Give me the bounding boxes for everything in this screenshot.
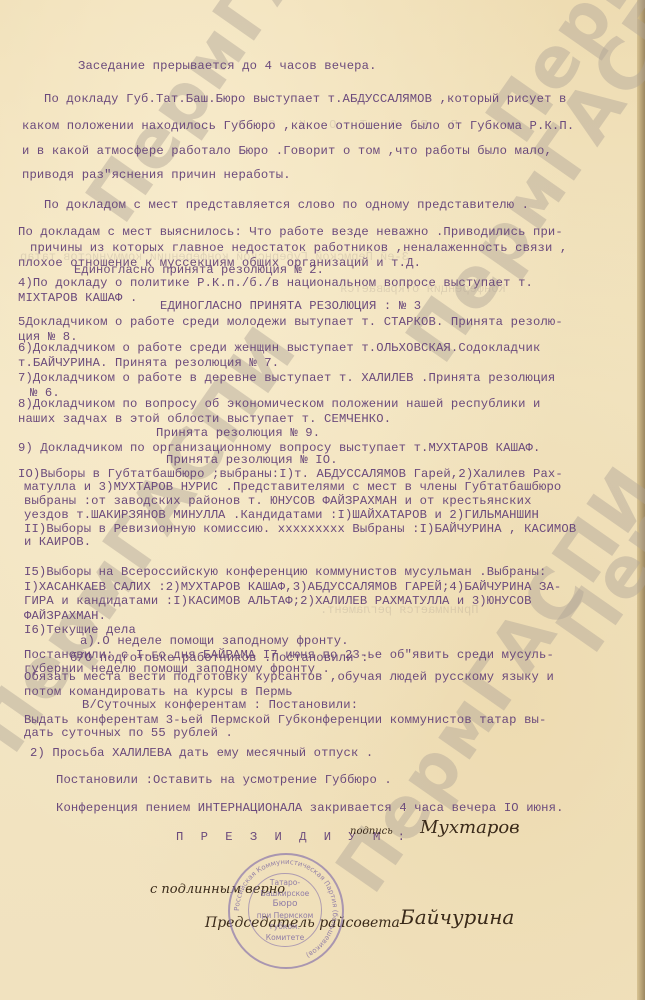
text-line: I)ХАСАНКАЕВ САЛИХ :2)МУХТАРОВ КАШАФ,3)АБ… (24, 580, 561, 594)
text-line: В/Суточных конферентам : Постановили: (82, 698, 358, 712)
text-line: Конференция пением ИНТЕРНАЦИОНАЛА закрив… (56, 801, 564, 815)
text-line: 2) Просьба ХАЛИЛЕВА дать ему месячный от… (30, 746, 373, 760)
stamp-line: Татаро-Башкирское (249, 877, 321, 899)
signature-mukhtarov: Мухтаров (420, 817, 520, 838)
text-line: дать суточных по 55 рублей . (24, 726, 233, 740)
text-line: 5Докладчиком о работе среди молодежи выт… (18, 315, 563, 329)
text-line: т.БАЙЧУРИНА. Принята резолюция № 7. (18, 356, 279, 370)
text-line: матулла и 3)МУХТАРОВ НУРИС .Представител… (24, 480, 561, 494)
text-line: По докладу Губ.Тат.Баш.Бюро выступает т.… (44, 92, 566, 106)
text-line: 7)Докладчиком о работе в деревне выступа… (18, 371, 555, 385)
text-line: II)Выборы в Ревизионную комиссию. xxxxxx… (24, 522, 576, 536)
stamp-line: Бюро (273, 899, 298, 910)
text-line: потом командировать на курсы в Пермь (24, 685, 293, 699)
text-line: Постановили :Оставить на усмотрение Губб… (56, 773, 392, 787)
resolution-line: Единогласно принята резолюция № 2. (74, 263, 324, 277)
text-line: б/О подготовке работников .Постановили : (70, 651, 369, 665)
text-line: ГИРА и кандидатами :I)КАСИМОВ АЛЬТАФ;2)Х… (24, 594, 532, 608)
text-line: причины из которых главное недостаток ра… (30, 241, 567, 255)
official-stamp: Российская Коммунистическая Партия (боль… (228, 853, 344, 969)
text-line: По докладам с мест выяснилось: Что работ… (18, 225, 563, 239)
text-line: 6)Докладчиком о работе среди женщин выст… (18, 341, 540, 355)
text-line: IO)Выборы в Губтатбашбюро ;выбраны:I)т. … (18, 467, 563, 481)
text-line: Обязать места вести подготовку курсантов… (24, 670, 554, 684)
text-line: приводя раз"яснения причин неработы. (22, 168, 291, 182)
text-line: и в какой атмосфере работало Бюро .Говор… (22, 144, 552, 158)
resolution-line: Принята резолюция № 9. (156, 426, 320, 440)
text-line: наших задчах в этой облости выступает т.… (18, 412, 391, 426)
page-edge (637, 0, 645, 1000)
text-line: По докладом с мест представляется слово … (44, 198, 529, 212)
text-line: выбраны :от заводских районов т. ЮНУСОВ … (24, 494, 532, 508)
resolution-line: ЕДИНОГЛАСНО ПРИНЯТА РЕЗОЛЮЦИЯ : № 3 (160, 299, 421, 313)
text-line: МІХТАРОВ КАШАФ . (18, 291, 137, 305)
text-line: каком положении находилось Губбюро ,како… (22, 119, 574, 133)
text-line: I5)Выборы на Всероссийскую конференцию к… (24, 565, 546, 579)
text-line: уездов т.ШАКИРЗЯНОВ МИНУЛЛА .Кандидатами… (24, 508, 539, 522)
signature-baychurina: Байчурина (400, 905, 514, 929)
resolution-line: Принята резолюция № IO. (166, 453, 338, 467)
text-line: 8)Докладчиком по вопросу об экономическо… (18, 397, 540, 411)
text-line: Заседание прерывается до 4 часов вечера. (78, 59, 377, 73)
text-line: и КАИРОВ. (24, 535, 91, 549)
text-line: а).О неделе помощи заподному фронту. (80, 634, 349, 648)
text-line: 4)По докладу о политике Р.К.п./б./в наци… (18, 276, 533, 290)
stamp-line: Комитете (266, 932, 304, 943)
stamp-line: при Пермском губком. (249, 910, 321, 932)
text-line: ФАЙЗРАХМАН. (24, 609, 106, 623)
stamp-center: Татаро-Башкирское Бюро при Пермском губк… (248, 873, 322, 947)
signature-prefix: подпись (350, 826, 393, 837)
text-line: Выдать конферентам 3-ьей Пермской Губкон… (24, 713, 546, 727)
